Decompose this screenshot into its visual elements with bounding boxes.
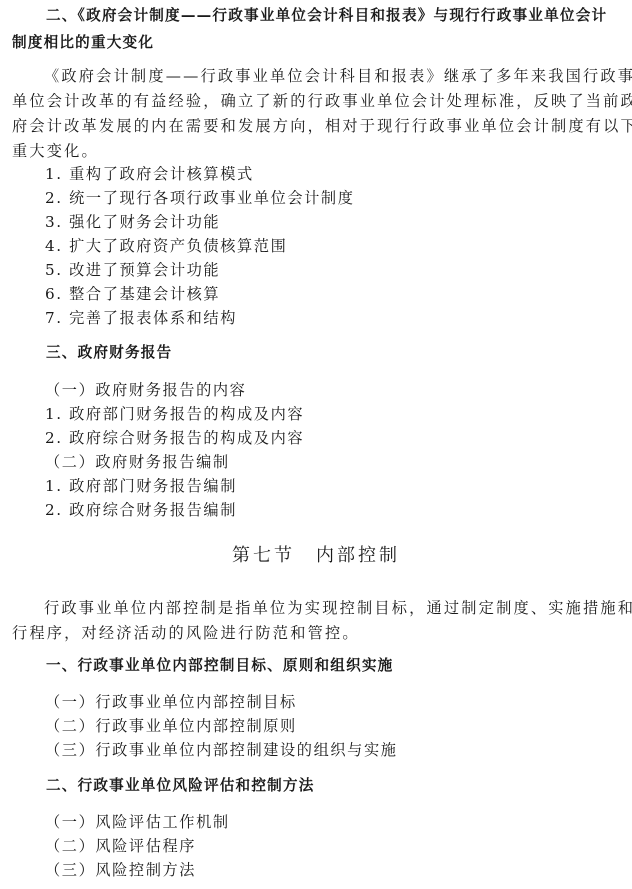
changes-list-item: 4. 扩大了政府资产负债核算范围 bbox=[45, 236, 287, 256]
section-two-heading-line1: 二、《政府会计制度——行政事业单位会计科目和报表》与现行行政事业单位会计 bbox=[46, 6, 607, 26]
ic-item-one: （一）行政事业单位内部控制目标 bbox=[45, 692, 297, 712]
intro-paragraph-line: 重大变化。 bbox=[12, 141, 99, 161]
ic-heading-one: 一、行政事业单位内部控制目标、原则和组织实施 bbox=[46, 656, 393, 676]
section-three-item: 1. 政府部门财务报告编制 bbox=[45, 476, 237, 496]
section-three-item: 2. 政府综合财务报告的构成及内容 bbox=[45, 428, 304, 448]
internal-control-paragraph-line: 行程序，对经济活动的风险进行防范和管控。 bbox=[12, 623, 360, 643]
changes-list-item: 2. 统一了现行各项行政事业单位会计制度 bbox=[45, 188, 355, 208]
section-three-item: 1. 政府部门财务报告的构成及内容 bbox=[45, 404, 304, 424]
section-three-item: 2. 政府综合财务报告编制 bbox=[45, 500, 237, 520]
section-two-heading-line2: 制度相比的重大变化 bbox=[12, 33, 154, 53]
ic-item-one: （二）行政事业单位内部控制原则 bbox=[45, 716, 297, 736]
changes-list-item: 3. 强化了财务会计功能 bbox=[45, 212, 220, 232]
intro-paragraph-line: 单位会计改革的有益经验，确立了新的行政事业单位会计处理标准，反映了当前政 bbox=[12, 91, 632, 111]
section-three-item: （一）政府财务报告的内容 bbox=[45, 380, 246, 400]
chapter-title: 第七节 内部控制 bbox=[232, 546, 400, 566]
changes-list-item: 7. 完善了报表体系和结构 bbox=[45, 308, 237, 328]
changes-list-item: 5. 改进了预算会计功能 bbox=[45, 260, 220, 280]
intro-paragraph-line: 《政府会计制度——行政事业单位会计科目和报表》继承了多年来我国行政事业 bbox=[44, 66, 632, 86]
internal-control-paragraph-line: 行政事业单位内部控制是指单位为实现控制目标，通过制定制度、实施措施和执 bbox=[44, 598, 632, 618]
changes-list-item: 1. 重构了政府会计核算模式 bbox=[45, 164, 254, 184]
ic-item-two: （一）风险评估工作机制 bbox=[45, 812, 230, 832]
section-three-heading: 三、政府财务报告 bbox=[46, 343, 172, 363]
ic-item-one: （三）行政事业单位内部控制建设的组织与实施 bbox=[45, 740, 398, 760]
intro-paragraph-line: 府会计改革发展的内在需要和发展方向，相对于现行行政事业单位会计制度有以下 bbox=[12, 116, 632, 136]
section-three-item: （二）政府财务报告编制 bbox=[45, 452, 230, 472]
ic-item-two: （三）风险控制方法 bbox=[45, 860, 196, 880]
changes-list-item: 6. 整合了基建会计核算 bbox=[45, 284, 220, 304]
ic-item-two: （二）风险评估程序 bbox=[45, 836, 196, 856]
ic-heading-two: 二、行政事业单位风险评估和控制方法 bbox=[46, 776, 315, 796]
